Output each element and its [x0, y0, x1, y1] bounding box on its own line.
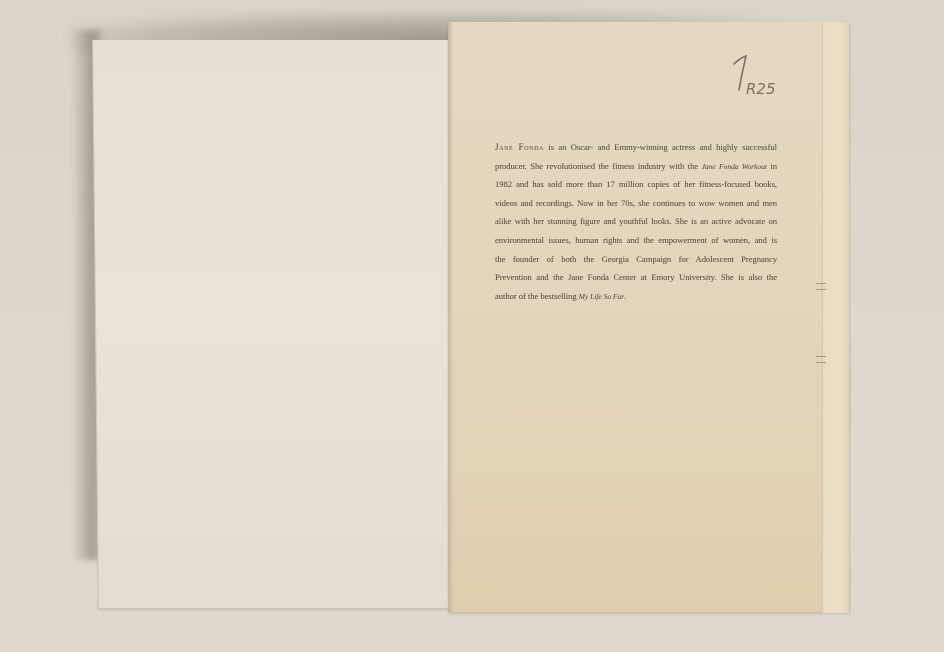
- author-bio: Jane Fonda is an Oscar- and Emmy-winning…: [495, 138, 777, 305]
- book-scene: R25 Jane Fonda is an Oscar- and Emmy-win…: [0, 0, 944, 652]
- bio-line: Prevention and the Jane Fonda Center at …: [495, 268, 777, 287]
- page-edge-strip: [822, 22, 849, 613]
- bio-line: alike with her stunning figure and youth…: [495, 212, 777, 231]
- bio-line: videos and recordings. Now in her 70s, s…: [495, 194, 777, 213]
- svg-text:R25: R25: [746, 80, 776, 98]
- bio-line: author of the bestselling My Life So Far…: [495, 287, 777, 306]
- bio-line: environmental issues, human rights and t…: [495, 231, 777, 250]
- left-page-blank: [92, 40, 463, 609]
- bio-line: Jane Fonda is an Oscar- and Emmy-winning…: [495, 138, 777, 157]
- edge-tick-mark: [816, 283, 826, 290]
- pencil-fraction-icon: R25: [728, 52, 798, 112]
- bio-line: 1982 and has sold more than 17 million c…: [495, 175, 777, 194]
- edge-tick-mark: [816, 356, 826, 363]
- bio-line: the founder of both the Georgia Campaign…: [495, 250, 777, 269]
- handwritten-pencil-note: R25: [728, 52, 798, 112]
- bio-line: producer. She revolutionised the fitness…: [495, 157, 777, 176]
